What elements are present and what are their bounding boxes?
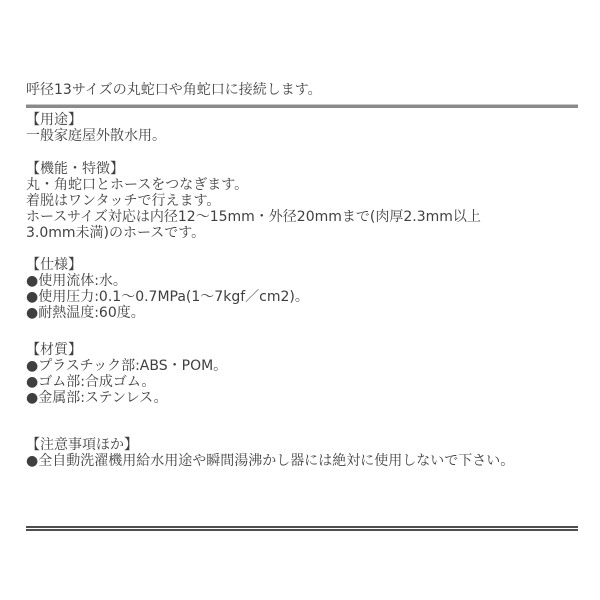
- section-heading: 【仕様】: [26, 257, 578, 273]
- section-heading: 【機能・特徴】: [26, 161, 578, 177]
- section-divider-top: [26, 104, 578, 108]
- section-line: ●全自動洗濯機用給水用途や瞬間湯沸かし器には絶対に使用しないで下さい。: [26, 453, 578, 469]
- product-description-page: 呼径13サイズの丸蛇口や角蛇口に接続します。 【用途】 一般家庭屋外散水用。 【…: [0, 0, 600, 531]
- section-line: 着脱はワンタッチで行えます。: [26, 193, 578, 209]
- section-line: ●ゴム部:合成ゴム。: [26, 374, 578, 390]
- section-features: 【機能・特徴】 丸・角蛇口とホースをつなぎます。 着脱はワンタッチで行えます。 …: [26, 161, 578, 241]
- section-heading: 【材質】: [26, 342, 578, 358]
- section-line: 丸・角蛇口とホースをつなぎます。: [26, 177, 578, 193]
- section-line: ●金属部:ステンレス。: [26, 390, 578, 406]
- section-heading: 【注意事項ほか】: [26, 437, 578, 453]
- section-specs: 【仕様】 ●使用流体:水。 ●使用圧力:0.1〜0.7MPa(1〜7kgf／cm…: [26, 257, 578, 321]
- section-divider-bottom: [26, 526, 578, 531]
- section-heading: 【用途】: [26, 112, 578, 128]
- section-line: 一般家庭屋外散水用。: [26, 128, 578, 144]
- section-line: ●耐熱温度:60度。: [26, 305, 578, 321]
- section-line: ホースサイズ対応は内径12〜15mm・外径20mmまで(肉厚2.3mm以上3.0…: [26, 209, 518, 241]
- section-notes: 【注意事項ほか】 ●全自動洗濯機用給水用途や瞬間湯沸かし器には絶対に使用しないで…: [26, 437, 578, 469]
- section-line: ●使用流体:水。: [26, 273, 578, 289]
- section-line: ●プラスチック部:ABS・POM。: [26, 358, 578, 374]
- section-usage: 【用途】 一般家庭屋外散水用。: [26, 112, 578, 144]
- section-line: ●使用圧力:0.1〜0.7MPa(1〜7kgf／cm2)。: [26, 289, 578, 305]
- intro-text: 呼径13サイズの丸蛇口や角蛇口に接続します。: [26, 82, 578, 98]
- section-materials: 【材質】 ●プラスチック部:ABS・POM。 ●ゴム部:合成ゴム。 ●金属部:ス…: [26, 342, 578, 406]
